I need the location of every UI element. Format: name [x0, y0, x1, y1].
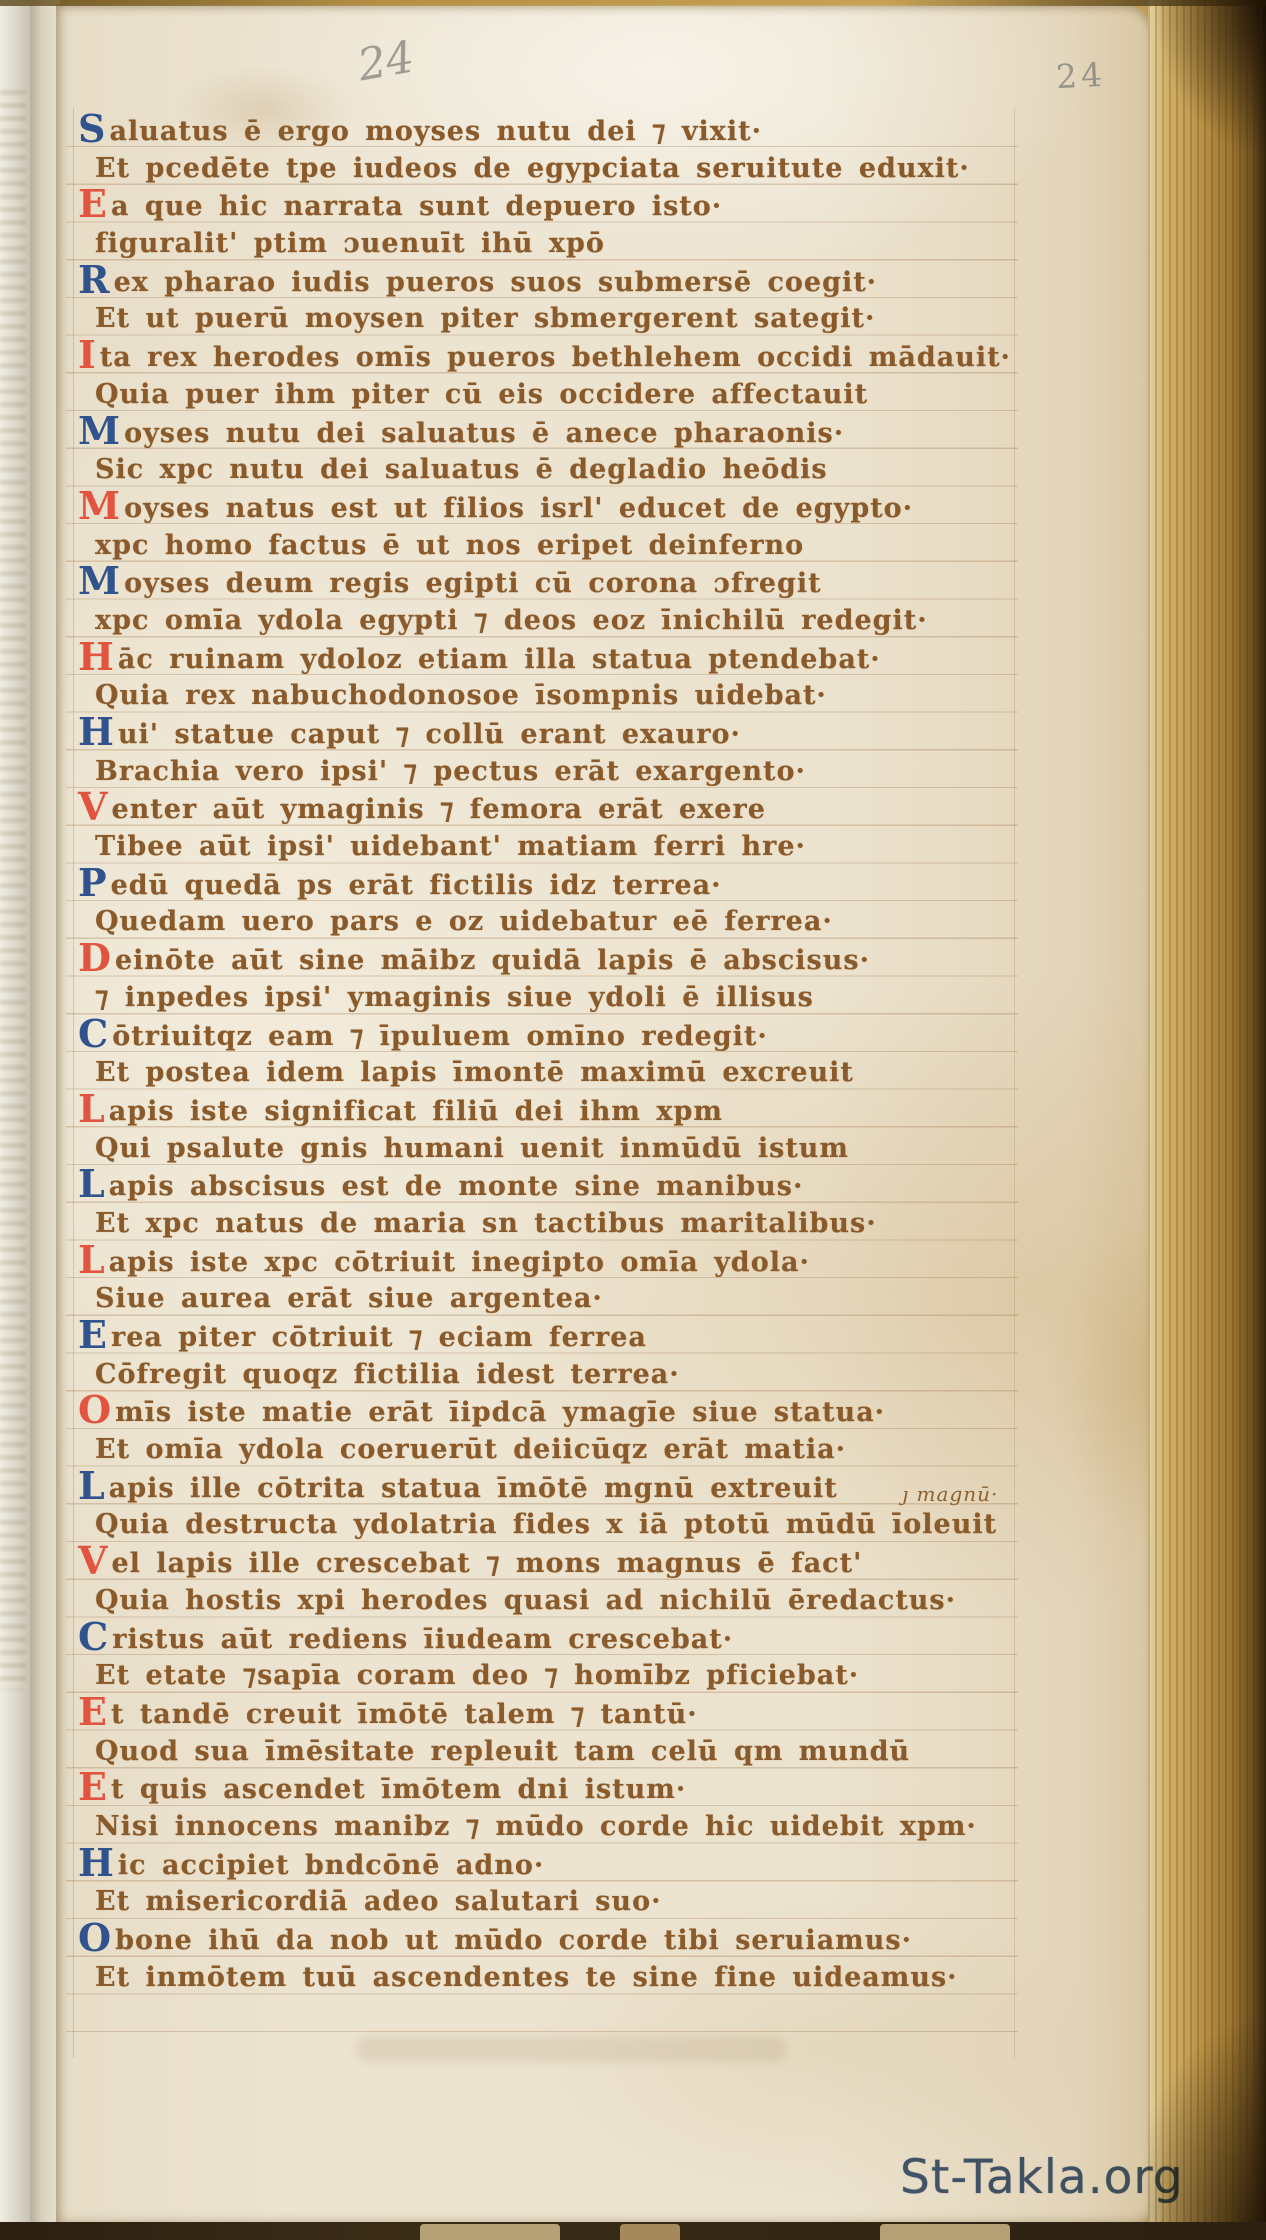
line-text: Qui psalute gnis humani uenit inmūdū ist… — [95, 1133, 849, 1164]
illuminated-initial: M — [78, 566, 121, 596]
line-text: bone ihū da nob ut mūdo corde tibi serui… — [115, 1925, 912, 1956]
manuscript-line: Et quis ascendet īmōtem dni istum· — [78, 1770, 1038, 1808]
manuscript-line: Quia rex nabuchodonosoe īsompnis uidebat… — [78, 677, 1038, 715]
illuminated-initial: S — [78, 114, 106, 144]
illuminated-initial: R — [78, 265, 111, 295]
manuscript-line: Et inmōtem tuū ascendentes te sine fine … — [78, 1959, 1038, 1997]
illuminated-initial: E — [78, 1320, 108, 1350]
page-edge-highlight — [420, 2224, 560, 2240]
line-text: edū quedā ps erāt fictilis idz terrea· — [111, 870, 722, 901]
illuminated-initial: V — [78, 792, 108, 822]
manuscript-line: xpc omīa ydola egypti ⁊ deos eoz īnichil… — [78, 602, 1038, 640]
manuscript-line: Obone ihū da nob ut mūdo corde tibi seru… — [78, 1921, 1038, 1959]
line-text: mīs iste matie erāt īipdcā ymagīe siue s… — [115, 1397, 885, 1428]
line-text: Sic xpc nutu dei saluatus ē degladio heō… — [95, 454, 828, 485]
illuminated-initial: E — [78, 189, 108, 219]
manuscript-line: Ea que hic narrata sunt depuero isto· — [78, 187, 1038, 225]
illuminated-initial: M — [78, 491, 121, 521]
line-text: apis iste xpc cōtriuit inegipto omīa ydo… — [109, 1247, 810, 1278]
manuscript-line: Et ut puerū moysen piter sbmergerent sat… — [78, 300, 1038, 338]
manuscript-line: Quia puer ihm piter cū eis occidere affe… — [78, 376, 1038, 414]
manuscript-line: Lapis abscisus est de monte sine manibus… — [78, 1167, 1038, 1205]
manuscript-line: Quedam uero pars e oz uidebatur eē ferre… — [78, 903, 1038, 941]
line-text: Et xpc natus de maria sn tactibus marita… — [95, 1208, 877, 1239]
manuscript-line: Vel lapis ille crescebat ⁊ mons magnus ē… — [78, 1544, 1038, 1582]
line-text: Quia puer ihm piter cū eis occidere affe… — [95, 379, 868, 410]
line-text: ristus aūt rediens īiudeam crescebat· — [112, 1624, 733, 1655]
manuscript-line: ⁊ inpedes ipsi' ymaginis siue ydoli ē il… — [78, 979, 1038, 1017]
illuminated-initial: O — [78, 1395, 112, 1425]
line-text: Brachia vero ipsi' ⁊ pectus erāt exargen… — [95, 756, 806, 787]
line-text: Et ut puerū moysen piter sbmergerent sat… — [95, 303, 875, 334]
line-text: t quis ascendet īmōtem dni istum· — [111, 1774, 686, 1805]
manuscript-line: Qui psalute gnis humani uenit inmūdū ist… — [78, 1130, 1038, 1168]
line-text: āc ruinam ydoloz etiam illa statua ptend… — [118, 644, 881, 675]
manuscript-line: Moyses deum regis egipti cū corona ɔfreg… — [78, 564, 1038, 602]
line-text: xpc homo factus ē ut nos eripet deinfern… — [95, 530, 804, 561]
line-text: a que hic narrata sunt depuero isto· — [111, 191, 722, 222]
manuscript-line: Moyses nutu dei saluatus ē anece pharaon… — [78, 414, 1038, 452]
line-text: el lapis ille crescebat ⁊ mons magnus ē … — [111, 1548, 862, 1579]
book-fore-edge — [1148, 0, 1266, 2240]
line-text: Quod sua īmēsitate repleuit tam celū qm … — [95, 1736, 910, 1767]
manuscript-line: Quia destructa ydolatria fides x iā ptot… — [78, 1506, 1038, 1544]
illuminated-initial: L — [78, 1169, 106, 1199]
illuminated-initial: D — [78, 943, 112, 973]
line-text: ōtriuitqz eam ⁊ īpuluem omīno redegit· — [112, 1021, 768, 1052]
line-text: Cōfregit quoqz fictilia idest terrea· — [95, 1359, 680, 1390]
manuscript-line: Omīs iste matie erāt īipdcā ymagīe siue … — [78, 1393, 1038, 1431]
page-edge-highlight — [880, 2224, 1010, 2240]
facing-page-strip — [0, 0, 30, 2240]
line-text: Tibee aūt ipsi' uidebant' matiam ferri h… — [95, 831, 806, 862]
line-text: apis iste significat filiū dei ihm xpm — [109, 1096, 723, 1127]
manuscript-line: Et pcedēte tpe iudeos de egypciata serui… — [78, 150, 1038, 188]
manuscript-line: Deinōte aūt sine māibz quidā lapis ē abs… — [78, 941, 1038, 979]
line-text: Quedam uero pars e oz uidebatur eē ferre… — [95, 906, 833, 937]
manuscript-line: Hic accipiet bndcōnē adno· — [78, 1846, 1038, 1884]
show-through-text — [0, 90, 26, 1690]
line-text: apis abscisus est de monte sine manibus· — [109, 1171, 804, 1202]
manuscript-line: Cōfregit quoqz fictilia idest terrea· — [78, 1356, 1038, 1394]
illuminated-initial: V — [78, 1546, 108, 1576]
illuminated-initial: I — [78, 340, 97, 370]
manuscript-line: Cristus aūt rediens īiudeam crescebat· — [78, 1620, 1038, 1658]
line-text: oyses natus est ut filios isrl' educet d… — [124, 493, 913, 524]
line-text: ex pharao iudis pueros suos submersē coe… — [114, 267, 878, 298]
line-text: oyses nutu dei saluatus ē anece pharaoni… — [124, 418, 844, 449]
illuminated-initial: H — [78, 642, 115, 672]
line-text: ta rex herodes omīs pueros bethlehem occ… — [100, 342, 1011, 373]
manuscript-line: Lapis iste xpc cōtriuit inegipto omīa yd… — [78, 1243, 1038, 1281]
line-text: Et misericordiā adeo salutari suo· — [95, 1886, 661, 1917]
manuscript-photo: Saluatus ē ergo moyses nutu dei ⁊ vixit·… — [0, 0, 1266, 2240]
line-text: ui' statue caput ⁊ collū erant exauro· — [118, 719, 741, 750]
illuminated-initial: L — [78, 1245, 106, 1275]
illuminated-initial: E — [78, 1697, 108, 1727]
manuscript-line: Lapis ille cōtrita statua īmōtē mgnū ext… — [78, 1469, 1038, 1507]
line-text: enter aūt ymaginis ⁊ femora erāt exere — [111, 794, 765, 825]
manuscript-line: xpc homo factus ē ut nos eripet deinfern… — [78, 527, 1038, 565]
illuminated-initial: H — [78, 717, 115, 747]
page-edge-highlight — [620, 2224, 680, 2240]
vertical-ruling-left — [73, 108, 74, 2058]
manuscript-line: Nisi innocens manibz ⁊ mūdo corde hic ui… — [78, 1808, 1038, 1846]
illuminated-initial: C — [78, 1019, 109, 1049]
manuscript-line: Cōtriuitqz eam ⁊ īpuluem omīno redegit· — [78, 1017, 1038, 1055]
illuminated-initial: H — [78, 1848, 115, 1878]
line-text: Nisi innocens manibz ⁊ mūdo corde hic ui… — [95, 1811, 977, 1842]
line-text: Et etate ⁊sapīa coram deo ⁊ homībz pfici… — [95, 1660, 859, 1691]
line-text: ⁊ inpedes ipsi' ymaginis siue ydoli ē il… — [95, 982, 814, 1013]
manuscript-line: Pedū quedā ps erāt fictilis idz terrea· — [78, 866, 1038, 904]
manuscript-line: Saluatus ē ergo moyses nutu dei ⁊ vixit· — [78, 112, 1038, 150]
manuscript-line: Ita rex herodes omīs pueros bethlehem oc… — [78, 338, 1038, 376]
illuminated-initial: L — [78, 1094, 106, 1124]
illuminated-initial: O — [78, 1923, 112, 1953]
line-text: Quia destructa ydolatria fides x iā ptot… — [95, 1509, 997, 1540]
manuscript-line: Et postea idem lapis īmontē maximū excre… — [78, 1054, 1038, 1092]
manuscript-line: Sic xpc nutu dei saluatus ē degladio heō… — [78, 451, 1038, 489]
manuscript-line: Et xpc natus de maria sn tactibus marita… — [78, 1205, 1038, 1243]
manuscript-line: Et etate ⁊sapīa coram deo ⁊ homībz pfici… — [78, 1657, 1038, 1695]
manuscript-line: Quia hostis xpi herodes quasi ad nichilū… — [78, 1582, 1038, 1620]
folio-number-center: 24 — [354, 32, 418, 92]
manuscript-line: Siue aurea erāt siue argentea· — [78, 1280, 1038, 1318]
line-text: Quia rex nabuchodonosoe īsompnis uidebat… — [95, 680, 827, 711]
marginal-note: ȷ magnū· — [902, 1482, 998, 1506]
illuminated-initial: P — [78, 868, 108, 898]
line-text: aluatus ē ergo moyses nutu dei ⁊ vixit· — [109, 116, 762, 147]
line-text: oyses deum regis egipti cū corona ɔfregi… — [124, 568, 822, 599]
line-text: Et omīa ydola coeruerūt deiicūqz erāt ma… — [95, 1434, 846, 1465]
manuscript-line: Hāc ruinam ydoloz etiam illa statua pten… — [78, 640, 1038, 678]
manuscript-line: Tibee aūt ipsi' uidebant' matiam ferri h… — [78, 828, 1038, 866]
line-text: Quia hostis xpi herodes quasi ad nichilū… — [95, 1585, 956, 1616]
manuscript-line: Quod sua īmēsitate repleuit tam celū qm … — [78, 1733, 1038, 1771]
illuminated-initial: E — [78, 1772, 108, 1802]
site-watermark: St-Takla.org — [900, 2150, 1184, 2205]
line-text: ic accipiet bndcōnē adno· — [118, 1850, 544, 1881]
illuminated-initial: M — [78, 416, 121, 446]
manuscript-line: Et tandē creuit īmōtē talem ⁊ tantū· — [78, 1695, 1038, 1733]
manuscript-line: Moyses natus est ut filios isrl' educet … — [78, 489, 1038, 527]
manuscript-line: Et omīa ydola coeruerūt deiicūqz erāt ma… — [78, 1431, 1038, 1469]
manuscript-line: Venter aūt ymaginis ⁊ femora erāt exere — [78, 790, 1038, 828]
illuminated-initial: C — [78, 1622, 109, 1652]
folio-number-right: 24 — [1055, 55, 1107, 97]
manuscript-line: Lapis iste significat filiū dei ihm xpm — [78, 1092, 1038, 1130]
manuscript-line: Brachia vero ipsi' ⁊ pectus erāt exargen… — [78, 753, 1038, 791]
text-block: Saluatus ē ergo moyses nutu dei ⁊ vixit·… — [78, 112, 1038, 1996]
line-text: Et postea idem lapis īmontē maximū excre… — [95, 1057, 854, 1088]
line-text: Et pcedēte tpe iudeos de egypciata serui… — [95, 153, 970, 184]
line-text: t tandē creuit īmōtē talem ⁊ tantū· — [111, 1699, 698, 1730]
line-text: figuralit' ptim ɔuenuīt ihū xpō — [95, 228, 605, 259]
manuscript-line: Rex pharao iudis pueros suos submersē co… — [78, 263, 1038, 301]
manuscript-line: Hui' statue caput ⁊ collū erant exauro· — [78, 715, 1038, 753]
manuscript-line: figuralit' ptim ɔuenuīt ihū xpō — [78, 225, 1038, 263]
line-text: einōte aūt sine māibz quidā lapis ē absc… — [115, 945, 870, 976]
top-page-edge — [0, 0, 1266, 6]
line-text: rea piter cōtriuit ⁊ eciam ferrea — [111, 1322, 647, 1353]
manuscript-line: Et misericordiā adeo salutari suo· — [78, 1883, 1038, 1921]
line-text: apis ille cōtrita statua īmōtē mgnū extr… — [109, 1473, 838, 1504]
line-text: Siue aurea erāt siue argentea· — [95, 1283, 603, 1314]
illuminated-initial: L — [78, 1471, 106, 1501]
line-text: Et inmōtem tuū ascendentes te sine fine … — [95, 1962, 958, 1993]
manuscript-line: Erea piter cōtriuit ⁊ eciam ferrea — [78, 1318, 1038, 1356]
line-text: xpc omīa ydola egypti ⁊ deos eoz īnichil… — [95, 605, 928, 636]
